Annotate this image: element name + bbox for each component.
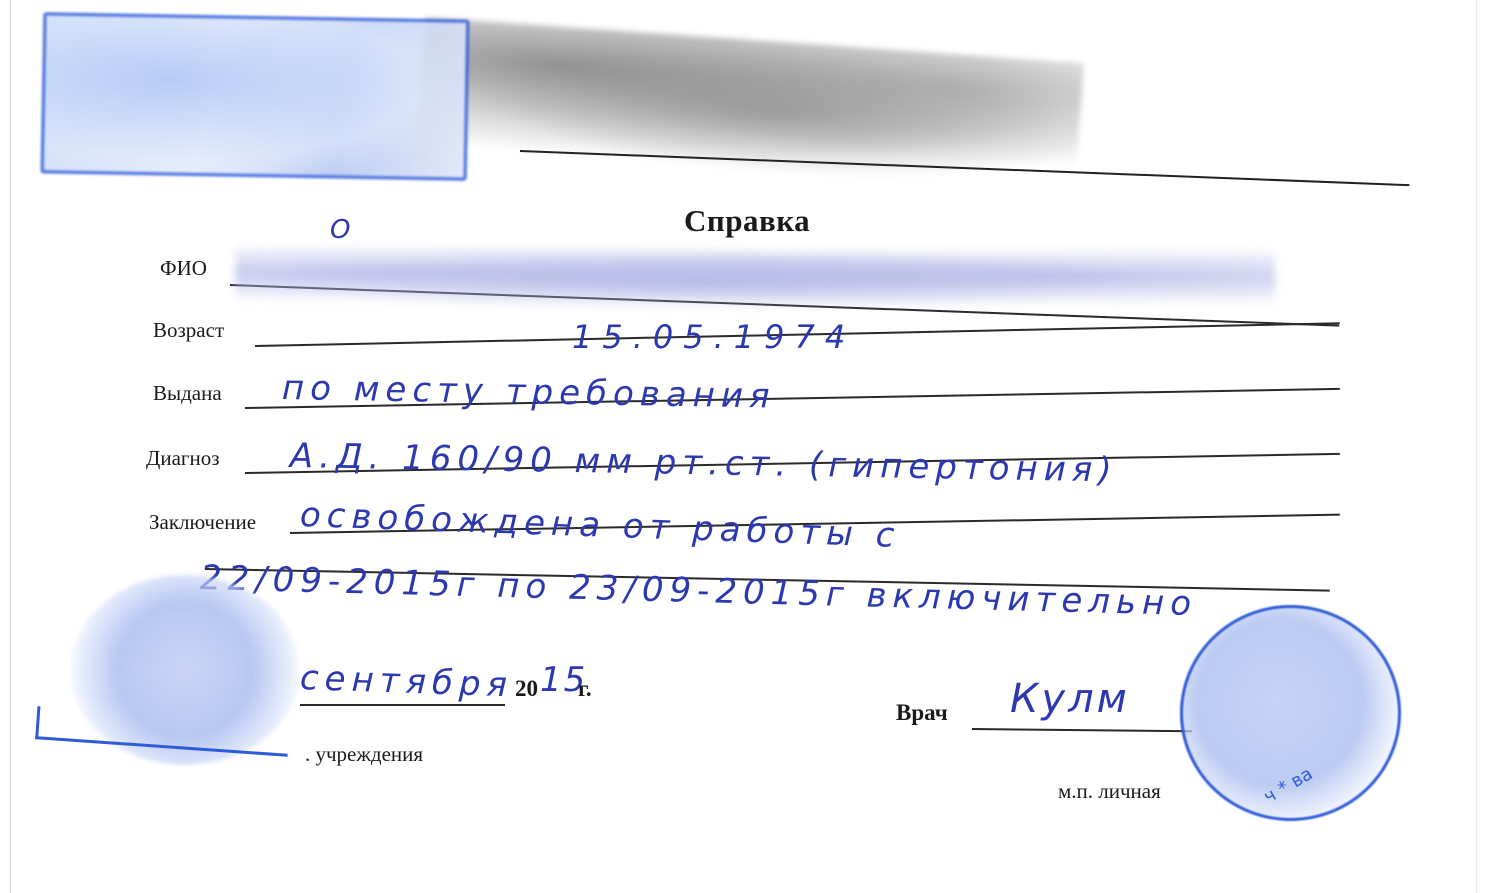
doctor-label: Врач: [896, 700, 948, 726]
conclusion-value-line-2: 22/09-2015г по 23/09-2015г включительно: [199, 558, 1197, 624]
age-label: Возраст: [153, 318, 224, 343]
conclusion-value-line-1: освобождена от работы с: [299, 495, 901, 556]
date-year-unit: г.: [578, 676, 592, 702]
issued-to-label: Выдана: [153, 381, 222, 406]
redacted-institution-stamp: [41, 12, 470, 180]
doctor-signature-line: [972, 728, 1192, 732]
age-value: 15.05.1974: [572, 318, 855, 356]
conclusion-label: Заключение: [149, 510, 256, 535]
redacted-header-text: [416, 17, 1083, 193]
fio-label: ФИО: [160, 256, 207, 281]
personal-seal-label: м.п. личная: [1058, 779, 1161, 804]
fio-redacted-value: [235, 238, 1275, 308]
institution-label: . учреждения: [305, 742, 423, 767]
date-month-value: сентября: [299, 658, 513, 705]
doctor-signature: Кулм: [1010, 676, 1130, 722]
diagnosis-label: Диагноз: [146, 446, 220, 471]
issued-to-value: по месту требования: [282, 368, 776, 417]
diagnosis-value: А.Д. 160/90 мм рт.ст. (гипертония): [290, 436, 1118, 490]
page-edge: [10, 0, 11, 893]
document-title: Справка: [684, 203, 810, 239]
date-line: [300, 704, 505, 706]
page-edge: [1476, 0, 1477, 893]
date-year-prefix: 20: [515, 676, 538, 702]
